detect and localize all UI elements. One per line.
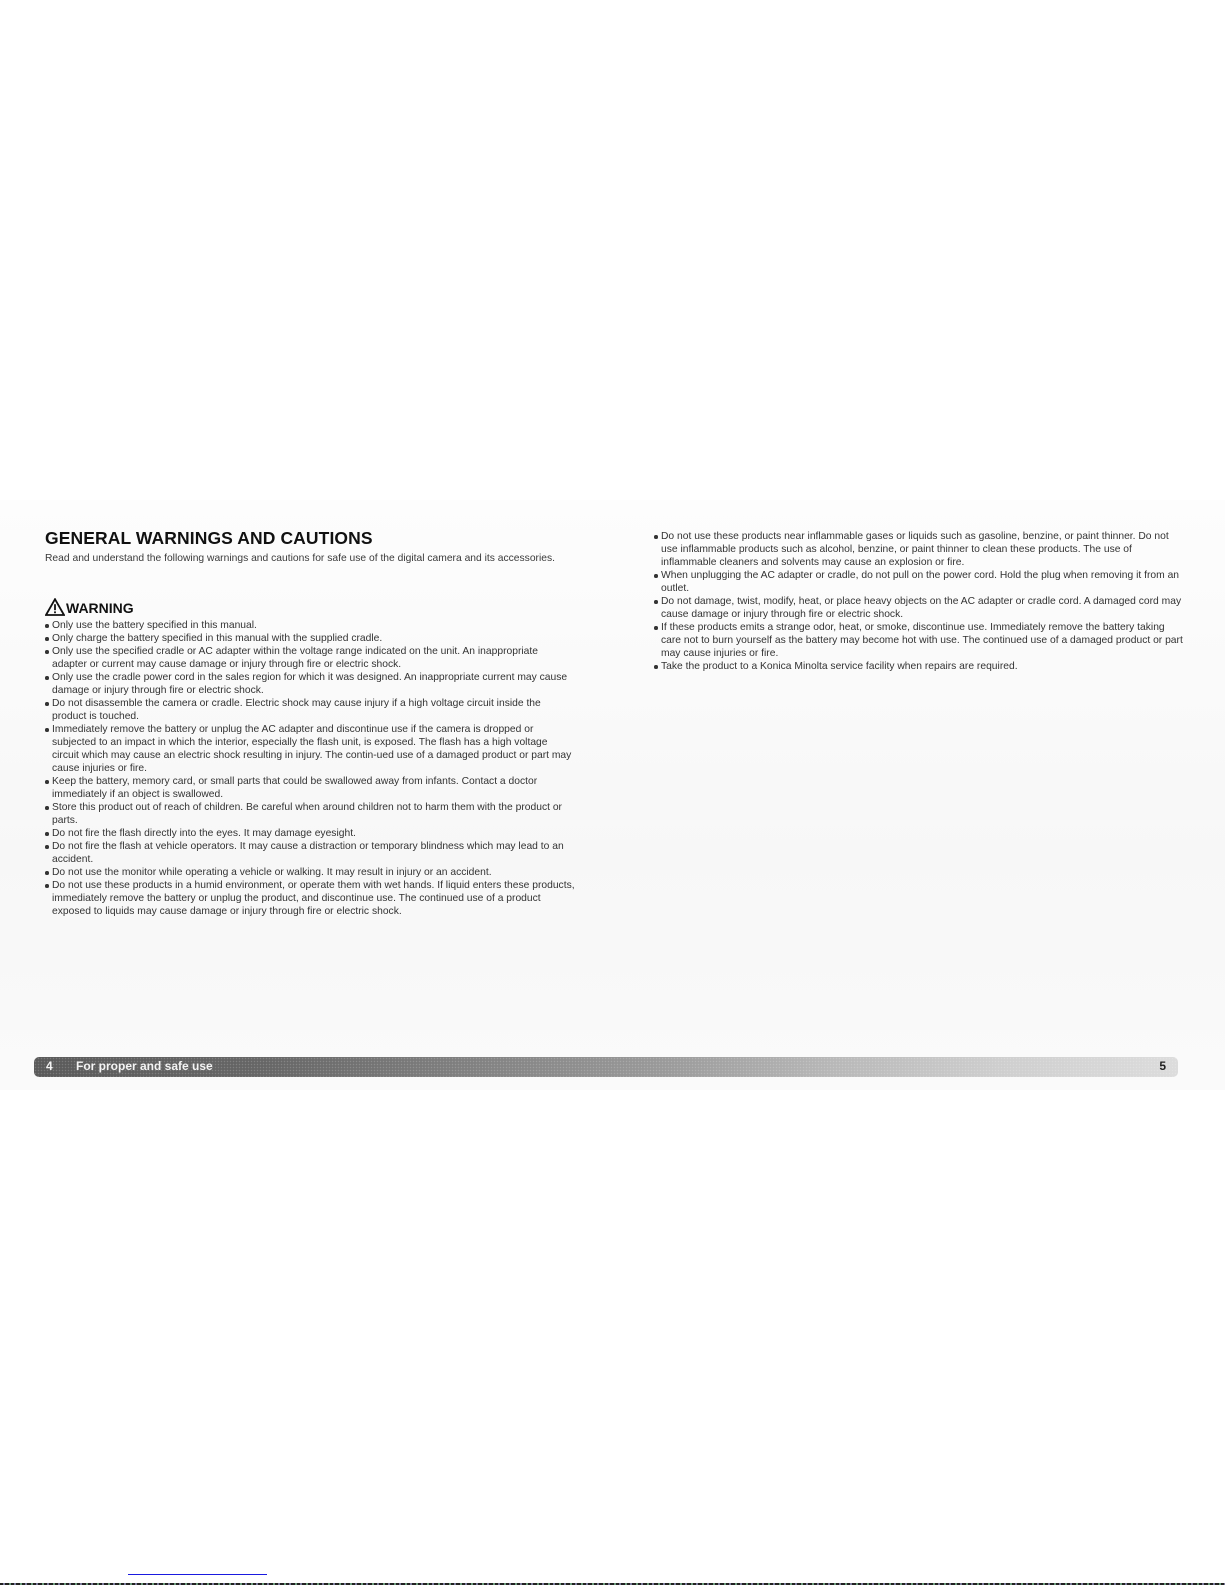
- list-item: Do not fire the flash directly into the …: [45, 827, 575, 840]
- list-item: Keep the battery, memory card, or small …: [45, 775, 575, 801]
- link-underline[interactable]: [128, 1574, 267, 1575]
- intro-paragraph: Read and understand the following warnin…: [45, 552, 575, 565]
- left-page-content: GENERAL WARNINGS AND CAUTIONS Read and u…: [45, 527, 575, 918]
- page-number-right: 5: [1159, 1059, 1166, 1073]
- warning-triangle-icon: [45, 598, 65, 616]
- right-page-content: Do not use these products near inflammab…: [654, 530, 1184, 673]
- list-item: Only use the cradle power cord in the sa…: [45, 671, 575, 697]
- warning-list-right: Do not use these products near inflammab…: [654, 530, 1184, 673]
- warning-label: WARNING: [66, 600, 134, 616]
- footer-bar: 4 For proper and safe use 5: [34, 1057, 1178, 1077]
- list-item: Do not use the monitor while operating a…: [45, 866, 575, 879]
- list-item: Do not use these products in a humid env…: [45, 879, 575, 918]
- list-item: Immediately remove the battery or unplug…: [45, 723, 575, 775]
- warning-list-left: Only use the battery specified in this m…: [45, 619, 575, 918]
- page-title: GENERAL WARNINGS AND CAUTIONS: [45, 527, 575, 549]
- list-item: Store this product out of reach of child…: [45, 801, 575, 827]
- list-item: Only charge the battery specified in thi…: [45, 632, 575, 645]
- warning-heading: WARNING: [45, 594, 575, 616]
- list-item: When unplugging the AC adapter or cradle…: [654, 569, 1184, 595]
- list-item: Do not fire the flash at vehicle operato…: [45, 840, 575, 866]
- section-title: For proper and safe use: [76, 1059, 213, 1073]
- list-item: Only use the specified cradle or AC adap…: [45, 645, 575, 671]
- list-item: Take the product to a Konica Minolta ser…: [654, 660, 1184, 673]
- list-item: Do not disassemble the camera or cradle.…: [45, 697, 575, 723]
- list-item: If these products emits a strange odor, …: [654, 621, 1184, 660]
- list-item: Do not use these products near inflammab…: [654, 530, 1184, 569]
- list-item: Do not damage, twist, modify, heat, or p…: [654, 595, 1184, 621]
- list-item: Only use the battery specified in this m…: [45, 619, 575, 632]
- page-number-left: 4: [46, 1059, 53, 1073]
